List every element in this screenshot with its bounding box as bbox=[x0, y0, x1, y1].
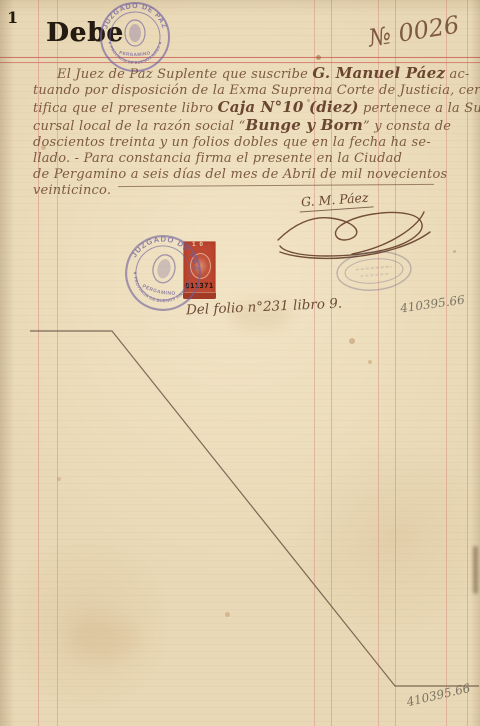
stain-spot bbox=[453, 250, 456, 253]
svg-text:PERGAMINO: PERGAMINO bbox=[141, 283, 177, 299]
revenue-stamp-arms-oval bbox=[190, 253, 211, 279]
stain-spot bbox=[368, 360, 372, 364]
svg-text:PERGAMINO: PERGAMINO bbox=[119, 50, 151, 57]
amount-top: 410395.66 bbox=[399, 293, 465, 316]
svg-text:★ PROVINCIA DE BUENOS AIRES ★: ★ PROVINCIA DE BUENOS AIRES ★ bbox=[127, 269, 192, 309]
revenue-stamp-serial: 011371 bbox=[183, 282, 216, 291]
amount-bottom: 410395.66 bbox=[405, 681, 471, 709]
ledger-header-debe: Debe bbox=[46, 18, 124, 48]
manuscript-line: llado. - Para constancia firma el presen… bbox=[33, 151, 459, 167]
stamp-text-center: PERGAMINO bbox=[119, 50, 151, 57]
stain-patch bbox=[70, 620, 140, 660]
manuscript-line: tuando por disposición de la Exma Suprem… bbox=[33, 83, 459, 99]
stamp-text-bottom: ★ PROVINCIA DE BUENOS AIRES ★ bbox=[127, 269, 192, 309]
stain-spot bbox=[349, 338, 355, 344]
faint-oval-stamp bbox=[332, 246, 416, 297]
revenue-stamp-value: 10 bbox=[183, 242, 216, 248]
manuscript-line: doscientos treinta y un folios dobles qu… bbox=[33, 135, 459, 151]
stain-spot bbox=[225, 612, 230, 617]
ruling-horizontal-top-2 bbox=[0, 62, 480, 63]
folio-number: 1 bbox=[7, 8, 18, 27]
revenue-stamp: 10 011371 bbox=[183, 241, 216, 299]
signature-name-text: G. M. Páez bbox=[299, 189, 374, 212]
ruling-horizontal-top-1 bbox=[0, 57, 480, 58]
manuscript-paragraph: El Juez de Paz Suplente que suscribe G. … bbox=[33, 65, 459, 199]
ledger-page-scan: 1 Debe № 0026 JUZGADO DE PAZ ★ PROVINCIA… bbox=[0, 0, 480, 726]
manuscript-line: cursal local de la razón social “Bunge y… bbox=[33, 117, 459, 135]
document-number: № 0026 bbox=[366, 8, 479, 53]
signature-flourish bbox=[272, 206, 438, 264]
folio-note: Del folio n°231 libro 9. bbox=[186, 296, 343, 319]
stamp-text-center: PERGAMINO bbox=[141, 283, 177, 299]
manuscript-line: El Juez de Paz Suplente que suscribe G. … bbox=[33, 65, 459, 83]
stain-spot bbox=[316, 55, 321, 60]
manuscript-line: de Pergamino a seis días del mes de Abri… bbox=[33, 167, 459, 183]
stain-spot bbox=[57, 477, 61, 481]
revenue-stamp-band bbox=[183, 292, 216, 299]
page-edge-mark bbox=[473, 546, 478, 594]
manuscript-line: tifica que el presente libro Caja N°10 (… bbox=[33, 99, 459, 117]
